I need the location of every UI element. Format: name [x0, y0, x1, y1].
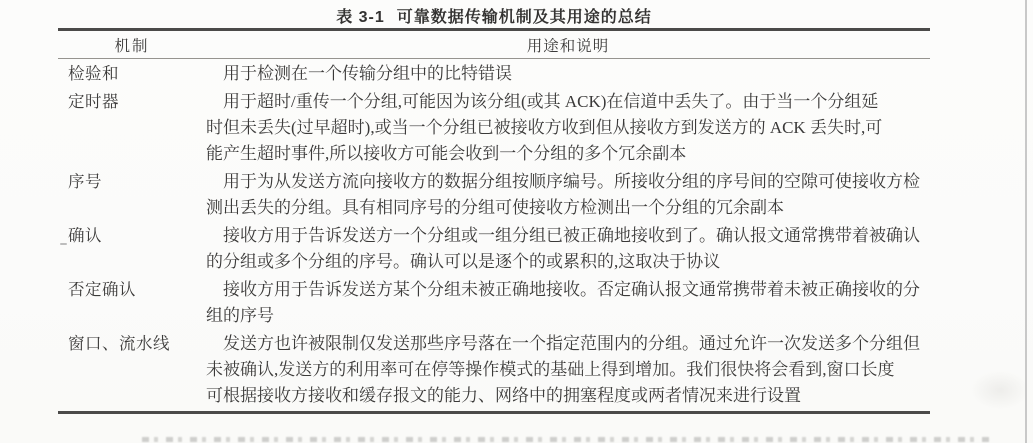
description-cell: 用于超时/重传一个分组,可能因为该分组(或其 ACK)在信道中丢失了。由于当一个…	[206, 89, 930, 167]
description-cell: 接收方用于告诉发送方某个分组未被正确地接收。否定确认报文通常携带着未被正确接收的…	[206, 277, 930, 329]
table-row-ack: 确认 接收方用于告诉发送方一个分组或一组分组已被正确地接收到了。确认报文通常携带…	[58, 221, 930, 275]
description-cell: 用于检测在一个传输分组中的比特错误	[206, 61, 930, 87]
scan-artifact-dash	[60, 243, 67, 245]
table-caption-title: 可靠数据传输机制及其用途的总结	[397, 9, 652, 26]
table-caption: 表 3-1可靠数据传输机制及其用途的总结	[58, 4, 930, 27]
cutoff-text-strip	[142, 437, 990, 442]
mechanism-cell: 确认	[58, 223, 206, 275]
table-row-window-pipelining: 窗口、流水线 发送方也许被限制仅发送那些序号落在一个指定范围内的分组。通过允许一…	[58, 329, 930, 409]
mechanism-cell: 定时器	[58, 89, 206, 167]
mechanism-cell: 否定确认	[58, 277, 206, 329]
table-row-nak: 否定确认 接收方用于告诉发送方某个分组未被正确地接收。否定确认报文通常携带着未被…	[58, 275, 930, 329]
description-cell: 用于为从发送方流向接收方的数据分组按顺序编号。所接收分组的序号间的空隙可使接收方…	[206, 169, 930, 221]
scan-smudge	[970, 370, 1030, 410]
table-row-timer: 定时器 用于超时/重传一个分组,可能因为该分组(或其 ACK)在信道中丢失了。由…	[58, 87, 930, 167]
column-header-usage: 用途和说明	[206, 34, 930, 56]
description-cell: 发送方也许被限制仅发送那些序号落在一个指定范围内的分组。通过允许一次发送多个分组…	[206, 331, 930, 409]
table-row-checksum: 检验和 用于检测在一个传输分组中的比特错误	[58, 59, 930, 87]
table-row-sequence-number: 序号 用于为从发送方流向接收方的数据分组按顺序编号。所接收分组的序号间的空隙可使…	[58, 167, 930, 221]
data-table: 机制 用途和说明 检验和 用于检测在一个传输分组中的比特错误 定时器 用于超时/…	[58, 28, 930, 414]
description-cell: 接收方用于告诉发送方一个分组或一组分组已被正确地接收到了。确认报文通常携带着被确…	[206, 223, 930, 275]
page-edge-line	[1025, 0, 1027, 443]
table-header-row: 机制 用途和说明	[58, 31, 930, 59]
scanned-book-page: 表 3-1可靠数据传输机制及其用途的总结 机制 用途和说明 检验和 用于检测在一…	[0, 0, 1033, 443]
table-body: 检验和 用于检测在一个传输分组中的比特错误 定时器 用于超时/重传一个分组,可能…	[58, 59, 930, 411]
table-caption-number: 表 3-1	[336, 9, 385, 26]
column-header-mechanism: 机制	[58, 34, 206, 56]
mechanism-cell: 序号	[58, 169, 206, 221]
mechanism-cell: 检验和	[58, 61, 206, 87]
mechanism-cell: 窗口、流水线	[58, 331, 206, 409]
